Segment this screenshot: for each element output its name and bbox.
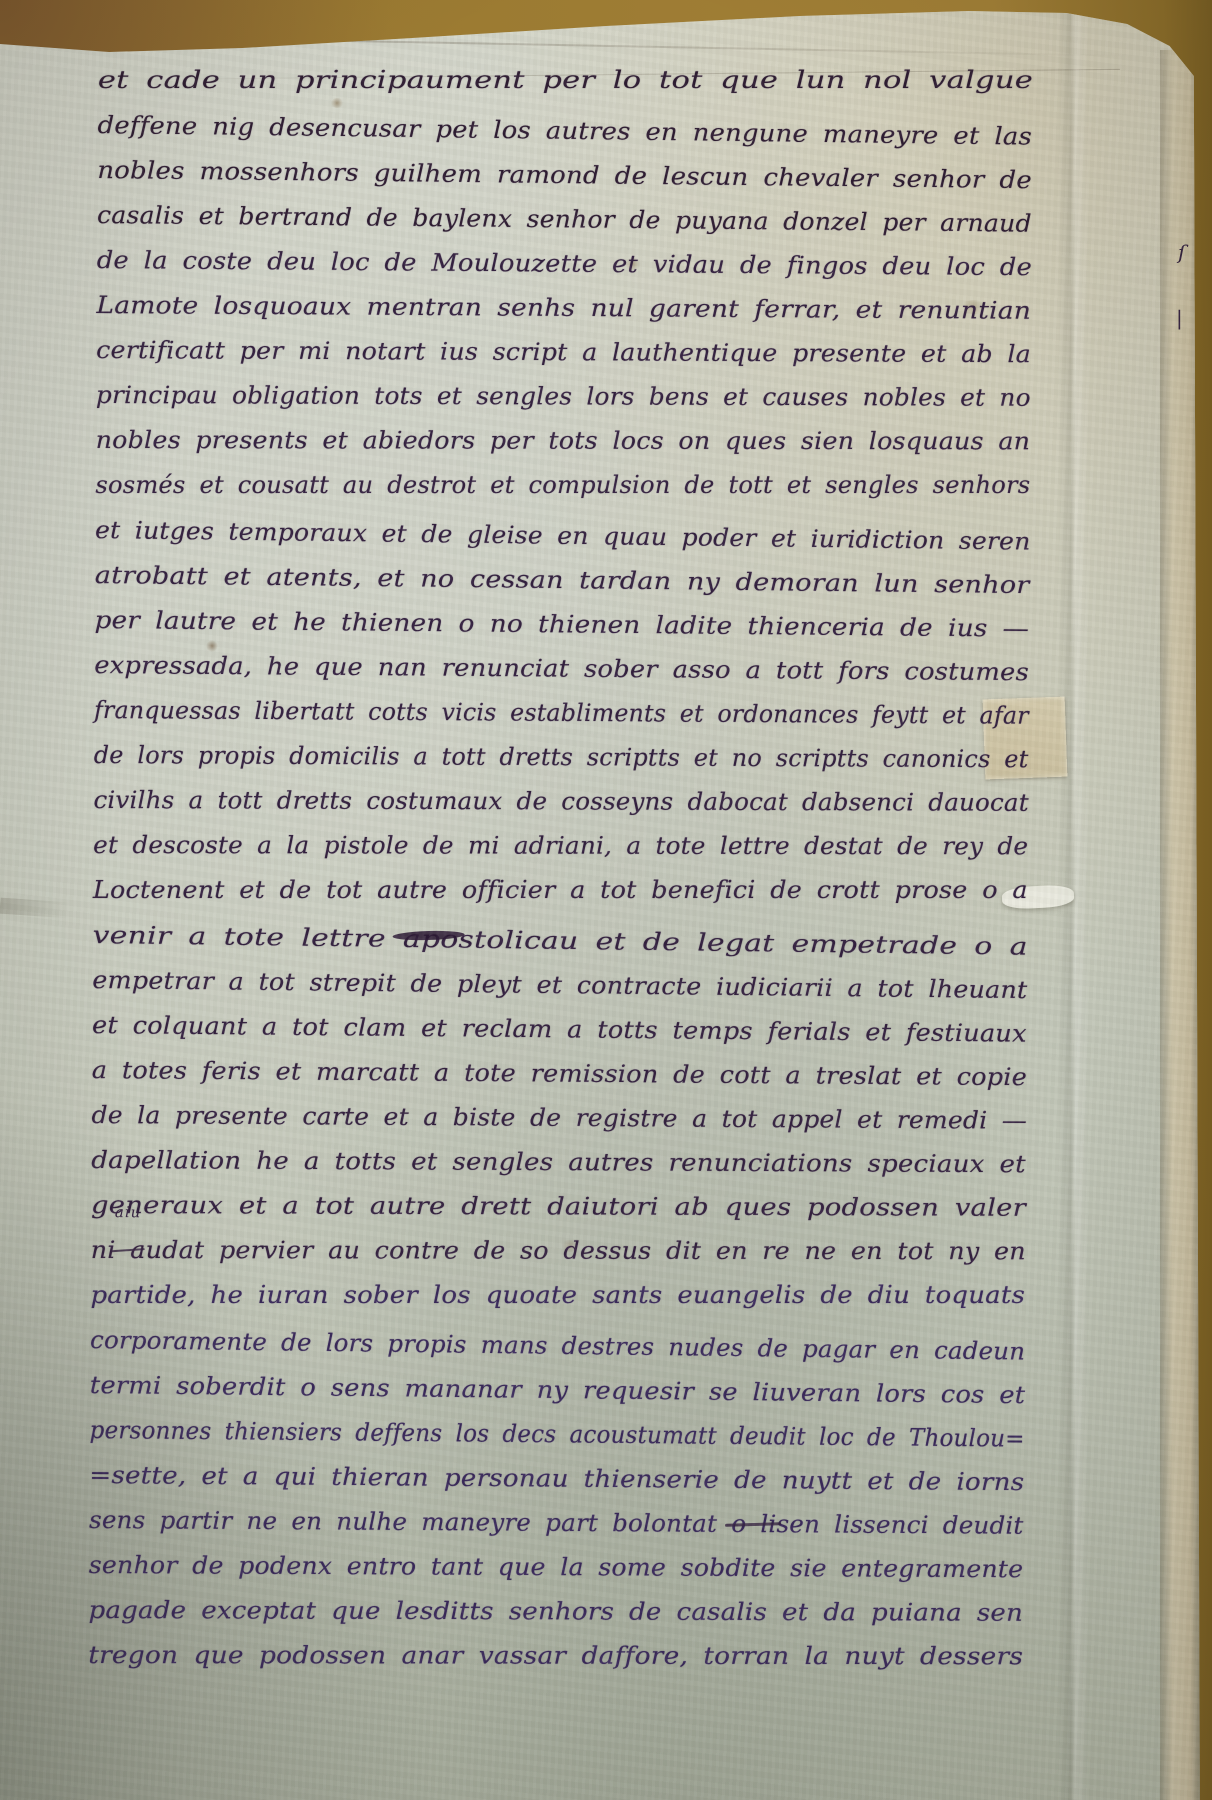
manuscript-text: et cade un principaument per lo tot que …	[88, 57, 1043, 1683]
manuscript-line: casalis et bertrand de baylenx senhor de…	[97, 192, 1042, 246]
fold-crease	[0, 898, 70, 919]
strikethrough-mark	[111, 1248, 145, 1252]
fold-crease	[130, 69, 1120, 80]
manuscript-line: per lautre et he thienen o no thienen la…	[94, 597, 1039, 651]
fold-crease	[0, 33, 1130, 57]
manuscript-line: certificatt per mi notart ius script a l…	[96, 327, 1041, 376]
manuscript-line: corporamente de lors propis mans destres…	[90, 1317, 1035, 1374]
manuscript-line: partide, he iuran sober los quoate sants…	[90, 1272, 1035, 1317]
manuscript-line: empetrar a tot strepit de pleyt et contr…	[92, 957, 1037, 1012]
margin-mark: |	[1176, 306, 1183, 330]
manuscript-line: franquessas libertatt cotts vicis establ…	[94, 687, 1039, 738]
manuscript-line: Loctenent et de tot autre officier a tot…	[93, 867, 1038, 912]
manuscript-line: generaux et a tot autre drett daiutori a…	[91, 1182, 1036, 1230]
manuscript-line: et iutges temporaux et de gleise en quau…	[95, 507, 1040, 564]
manuscript-line: sosmés et cousatt au destrot et compulsi…	[95, 462, 1040, 507]
manuscript-line: senhor de podenx entro tant que la some …	[89, 1542, 1034, 1591]
manuscript-line: de la coste deu loc de Moulouzette et vi…	[97, 237, 1042, 289]
manuscript-page: ſ | et cade un principaument per lo tot …	[0, 0, 1212, 1800]
manuscript-line: a totes feris et marcatt a tote remissio…	[92, 1047, 1037, 1099]
manuscript-line: sens partir ne en nulhe maneyre part bol…	[89, 1497, 1034, 1548]
interlinear-insertion: aiu	[115, 1203, 142, 1221]
paper-tear	[1001, 884, 1074, 910]
ink-stain	[960, 300, 986, 314]
manuscript-line: =sette, et a qui thieran personau thiens…	[89, 1452, 1034, 1504]
photograph: ſ | et cade un principaument per lo tot …	[0, 0, 1212, 1800]
manuscript-line: deffene nig desencusar pet los autres en…	[97, 102, 1042, 159]
vertical-fold-crease	[1058, 0, 1088, 1800]
margin-mark: ſ	[1178, 240, 1185, 264]
paper-repair-patch	[983, 697, 1068, 780]
manuscript-line: tregon que podossen anar vassar daffore,…	[88, 1632, 1033, 1678]
ink-stain	[206, 640, 218, 652]
manuscript-line: et cade un principaument per lo tot que …	[98, 57, 1043, 102]
strikethrough-mark	[725, 1522, 781, 1527]
manuscript-line: civilhs a tott dretts costumaux de cosse…	[93, 777, 1038, 825]
manuscript-line: personnes thiensiers deffens los decs ac…	[89, 1407, 1034, 1461]
manuscript-line: expressada, he que nan renunciat sober a…	[94, 642, 1039, 694]
manuscript-line: Lamote losquoaux mentran senhs nul garen…	[96, 282, 1041, 333]
ink-stain	[330, 98, 344, 108]
ink-stain	[624, 258, 642, 270]
manuscript-line: nobles mossenhors guilhem ramond de lesc…	[97, 147, 1042, 202]
manuscript-line: et descoste a la pistole de mi adriani, …	[93, 822, 1038, 868]
manuscript-line: principau obligation tots et sengles lor…	[96, 372, 1041, 420]
folded-edge	[1160, 50, 1202, 1800]
manuscript-line: nobles presents et abiedors per tots loc…	[96, 417, 1041, 463]
manuscript-line: ni audat pervier au contre de so dessus …	[91, 1227, 1036, 1273]
manuscript-line: atrobatt et atents, et no cessan tardan …	[95, 552, 1040, 607]
ink-blot	[393, 930, 465, 941]
manuscript-line: de lors propis domicilis a tott dretts s…	[94, 732, 1039, 781]
manuscript-line: de la presente carte et a biste de regis…	[91, 1092, 1036, 1143]
ink-stain	[560, 1240, 580, 1252]
manuscript-line: venir a tote lettre apostolicau et de le…	[92, 912, 1037, 969]
manuscript-line: dapellation he a totts et sengles autres…	[91, 1137, 1036, 1186]
manuscript-line: termi soberdit o sens mananar ny requesi…	[90, 1362, 1035, 1417]
manuscript-line: et colquant a tot clam et reclam a totts…	[92, 1002, 1037, 1056]
manuscript-line: pagade exceptat que lesditts senhors de …	[88, 1587, 1033, 1635]
